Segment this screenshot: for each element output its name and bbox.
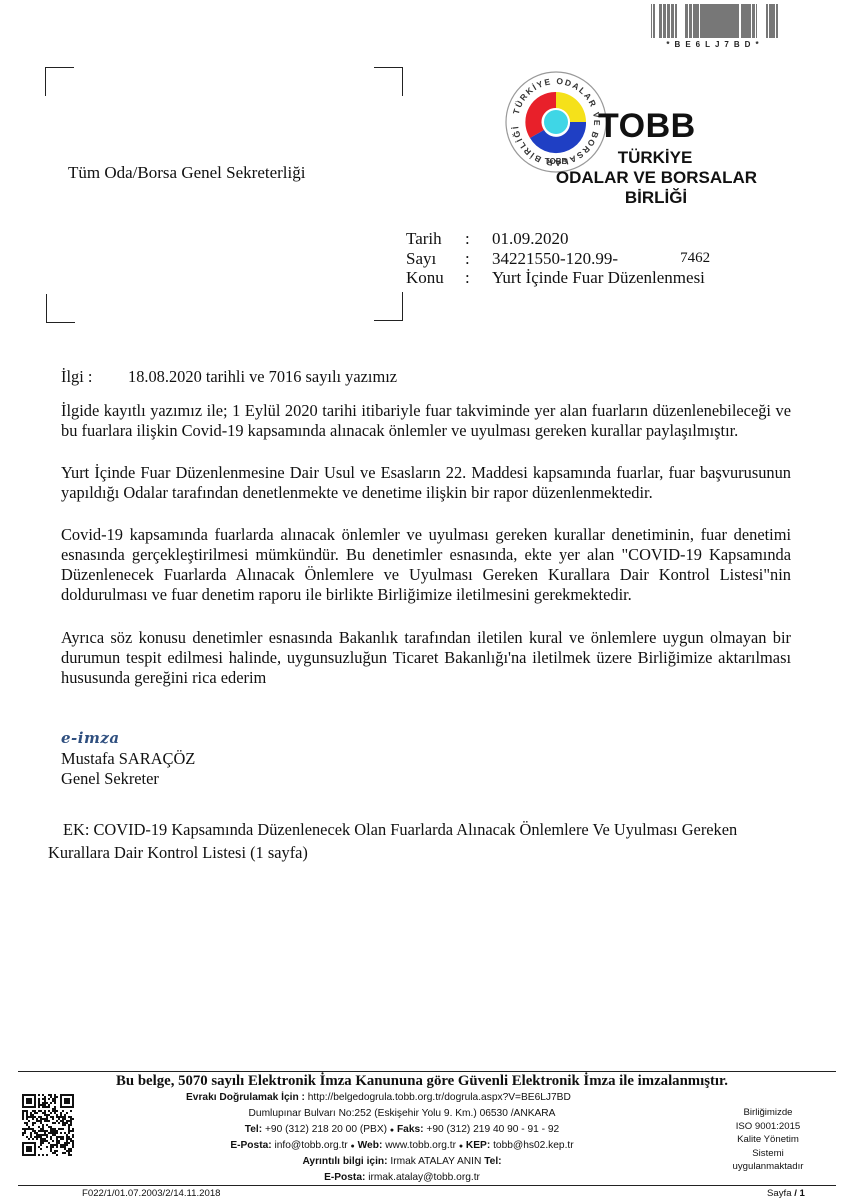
iso-line: uygulanmaktadır — [718, 1160, 818, 1174]
logo-acronym: TOBB — [598, 107, 696, 146]
bullet-icon: ● — [390, 1127, 394, 1134]
date-value: 01.09.2020 — [492, 229, 569, 249]
logo-line-2: ODALAR VE BORSALAR — [553, 168, 760, 188]
kep-link[interactable]: tobb@hs02.kep.tr — [493, 1140, 574, 1151]
contact-email-label: E-Posta: — [324, 1172, 365, 1183]
meta-number-row: Sayı : 34221550-120.99- 7462 — [406, 249, 710, 269]
subject-value: Yurt İçinde Fuar Düzenlenmesi — [492, 268, 705, 288]
number-suffix: 7462 — [680, 249, 710, 269]
iso-line: ISO 9001:2015 — [718, 1120, 818, 1134]
footer-contact-line: E-Posta: info@tobb.org.tr ● Web: www.tob… — [182, 1138, 622, 1155]
svg-text:TOBB: TOBB — [545, 157, 568, 166]
document-meta: Tarih : 01.09.2020 Sayı : 34221550-120.9… — [406, 229, 710, 288]
verify-label: Evrakı Doğrulamak İçin : — [186, 1092, 305, 1103]
number-label: Sayı — [406, 249, 465, 269]
signer-title: Genel Sekreter — [61, 769, 159, 789]
contact-tel-label: Tel: — [484, 1156, 501, 1167]
number-value: 34221550-120.99- — [492, 249, 618, 269]
barcode — [651, 4, 779, 38]
contact-email-link[interactable]: irmak.atalay@tobb.org.tr — [368, 1172, 480, 1183]
signer-name: Mustafa SARAÇÖZ — [61, 749, 195, 769]
kep-label: KEP: — [466, 1140, 490, 1151]
body-paragraph-3: Covid-19 kapsamında fuarlarda alınacak ö… — [61, 525, 791, 605]
verify-url-link[interactable]: http://belgedogrula.tobb.org.tr/dogrula.… — [308, 1092, 571, 1103]
reference-label: İlgi : — [61, 367, 128, 387]
body-paragraph-1: İlgide kayıtlı yazımız ile; 1 Eylül 2020… — [61, 401, 791, 441]
iso-line: Birliğimizde — [718, 1106, 818, 1120]
fax-value: +90 (312) 219 40 90 - 91 - 92 — [426, 1124, 559, 1135]
e-signature-mark: e-imza — [61, 729, 120, 747]
iso-line: Sistemi — [718, 1147, 818, 1161]
email-label: E-Posta: — [230, 1140, 271, 1151]
email-link[interactable]: info@tobb.org.tr — [275, 1140, 348, 1151]
meta-subject-row: Konu : Yurt İçinde Fuar Düzenlenmesi — [406, 268, 710, 288]
logo-line-1: TÜRKİYE — [604, 148, 706, 168]
separator: : — [465, 229, 492, 249]
footer-contact-email-line: E-Posta: irmak.atalay@tobb.org.tr — [182, 1170, 622, 1186]
form-code: F022/1/01.07.2003/2/14.11.2018 — [82, 1188, 221, 1199]
tel-value: +90 (312) 218 20 00 (PBX) — [265, 1124, 387, 1135]
page-label: Sayfa — [767, 1188, 792, 1199]
page-number: Sayfa / 1 — [767, 1188, 805, 1199]
date-label: Tarih — [406, 229, 465, 249]
reference-line: İlgi : 18.08.2020 tarihli ve 7016 sayılı… — [61, 367, 397, 387]
tobb-logo-icon: TÜRKİYE ODALAR VE BORSALAR BİRLİĞİ TOBB — [504, 70, 608, 174]
footer-address: Dumlupınar Bulvarı No:252 (Eskişehir Yol… — [182, 1106, 622, 1122]
body-paragraph-2: Yurt İçinde Fuar Düzenlenmesine Dair Usu… — [61, 463, 791, 503]
contact-label: Ayrıntılı bilgi için: — [302, 1156, 387, 1167]
footer-divider-bottom — [18, 1185, 836, 1186]
separator: : — [465, 268, 492, 288]
footer-divider-top — [18, 1071, 836, 1072]
address-window-corner-top-left — [45, 67, 74, 96]
subject-label: Konu — [406, 268, 465, 288]
attachment-line-2: Kurallara Dair Kontrol Listesi (1 sayfa) — [48, 843, 308, 863]
reference-value: 18.08.2020 tarihli ve 7016 sayılı yazımı… — [128, 367, 397, 387]
web-label: Web: — [358, 1140, 383, 1151]
footer-phone-line: Tel: +90 (312) 218 20 00 (PBX) ● Faks: +… — [182, 1122, 622, 1139]
tel-label: Tel: — [245, 1124, 262, 1135]
page-value: / 1 — [794, 1188, 805, 1199]
address-window-corner-bottom-left — [46, 294, 75, 323]
contact-name: Irmak ATALAY ANIN — [390, 1156, 481, 1167]
footer-info-line: Ayrıntılı bilgi için: Irmak ATALAY ANIN … — [182, 1154, 622, 1170]
barcode-text: *BE6LJ7BD* — [648, 40, 782, 49]
address-window-corner-top-right — [374, 67, 403, 96]
logo-line-3: BİRLİĞİ — [600, 188, 712, 208]
footer-verify-line: Evrakı Doğrulamak İçin : http://belgedog… — [186, 1090, 626, 1106]
iso-certification-note: Birliğimizde ISO 9001:2015 Kalite Yöneti… — [718, 1106, 818, 1174]
recipient: Tüm Oda/Borsa Genel Sekreterliği — [68, 163, 305, 183]
bullet-icon: ● — [351, 1143, 355, 1150]
attachment-line-1: EK: COVID-19 Kapsamında Düzenlenecek Ola… — [63, 820, 737, 840]
body-paragraph-4: Ayrıca söz konusu denetimler esnasında B… — [61, 628, 791, 688]
iso-line: Kalite Yönetim — [718, 1133, 818, 1147]
web-link[interactable]: www.tobb.org.tr — [385, 1140, 456, 1151]
separator: : — [465, 249, 492, 269]
qr-code-icon — [22, 1094, 74, 1156]
meta-date-row: Tarih : 01.09.2020 — [406, 229, 710, 249]
bullet-icon: ● — [459, 1143, 463, 1150]
address-window-corner-bottom-right — [374, 292, 403, 321]
e-signature-legal-notice: Bu belge, 5070 sayılı Elektronik İmza Ka… — [0, 1073, 844, 1090]
fax-label: Faks: — [397, 1124, 424, 1135]
